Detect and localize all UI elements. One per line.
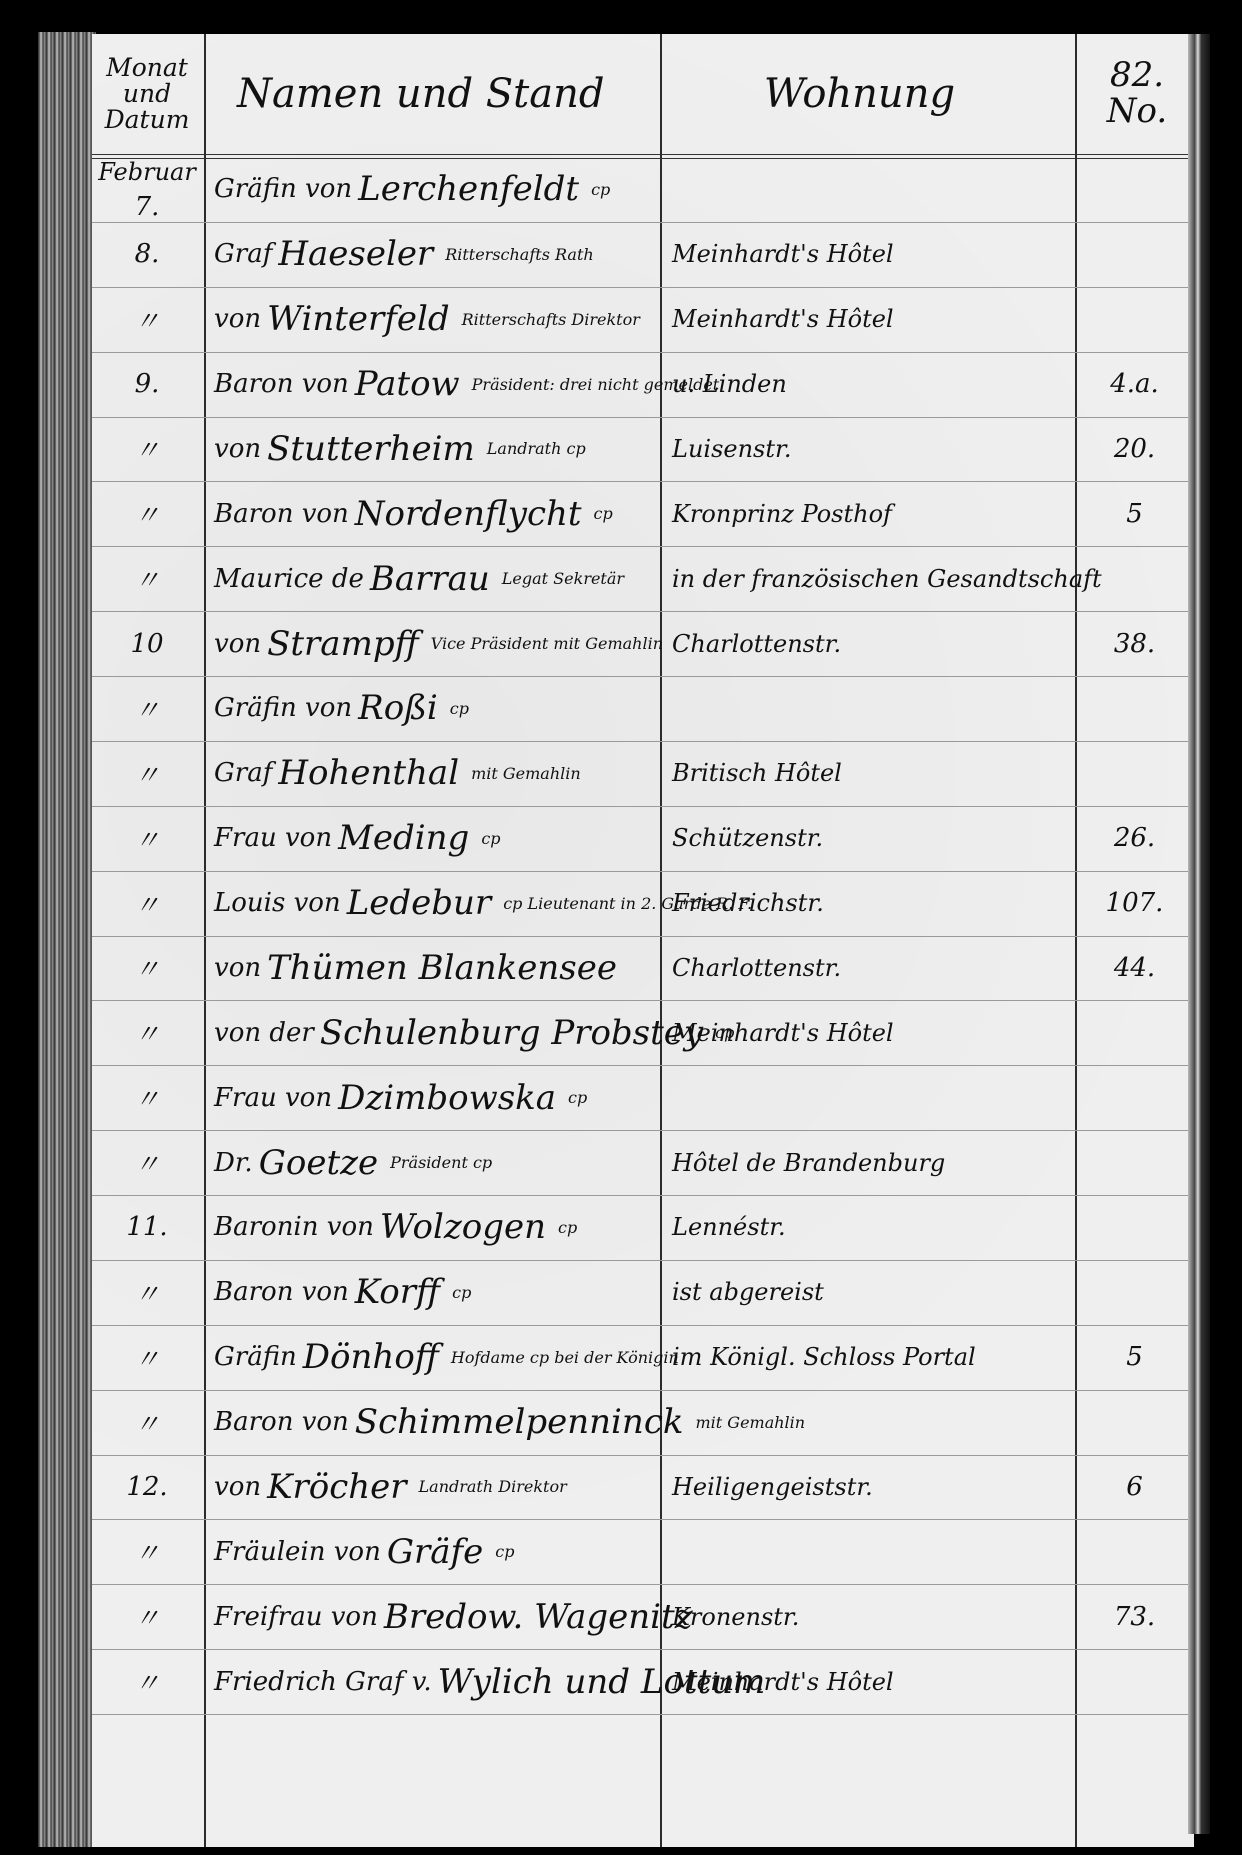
entry-surname: Patow (355, 364, 460, 404)
entry-name: Maurice deBarrauLegat Sekretär (204, 546, 664, 611)
entry-date: 9. (92, 352, 202, 417)
entry-date: 〃 (92, 1065, 202, 1130)
entry-surname: Wolzogen (380, 1207, 546, 1247)
register-row: 〃Friedrich Graf v.Wylich und LottumMeinh… (92, 1649, 1194, 1715)
entry-house-number (1077, 1390, 1192, 1455)
entry-address: Charlottenstr. (662, 611, 1082, 676)
entry-surname: Strampff (267, 624, 419, 664)
register-row: 〃Frau vonDzimbowskacp (92, 1065, 1194, 1131)
register-row: 〃Fräulein vonGräfecp (92, 1519, 1194, 1585)
header-date-line1: Monat (106, 55, 188, 81)
entry-name: vonWinterfeldRitterschafts Direktor (204, 287, 664, 352)
entry-name: Freifrau vonBredow. Wagenitz (204, 1584, 664, 1649)
entry-date: 10 (92, 611, 202, 676)
entry-house-number: 5 (1077, 481, 1192, 546)
register-row: 8.GrafHaeselerRitterschafts RathMeinhard… (92, 222, 1194, 288)
entry-name-prefix: Gräfin von (214, 693, 352, 723)
entry-note: cp (568, 1088, 587, 1107)
entry-surname: Hohenthal (278, 753, 459, 793)
entry-date: 7. (92, 157, 202, 222)
entry-surname: Goetze (259, 1143, 378, 1183)
entry-house-number (1077, 1000, 1192, 1065)
entry-address: im Königl. Schloss Portal (662, 1325, 1082, 1390)
entry-surname: Stutterheim (267, 429, 475, 469)
entry-name: Baron vonKorffcp (204, 1260, 664, 1325)
entry-address: Hôtel de Brandenburg (662, 1130, 1082, 1195)
entry-note: Vice Präsident mit Gemahlin (431, 634, 663, 653)
register-page: Monat und Datum Namen und Stand Wohnung … (92, 34, 1194, 1847)
entry-name-prefix: von (214, 304, 261, 334)
entry-address: Kronenstr. (662, 1584, 1082, 1649)
entry-date: 8. (92, 222, 202, 287)
entry-name: Dr.GoetzePräsident cp (204, 1130, 664, 1195)
register-row: 9.Baron vonPatowPräsident: drei nicht ge… (92, 352, 1194, 418)
header-number: 82. No. (1082, 34, 1192, 154)
entry-surname: Roßi (358, 688, 438, 728)
entry-name-prefix: Graf (214, 239, 272, 269)
entry-address (662, 1390, 1082, 1455)
entry-house-number: 107. (1077, 871, 1192, 936)
scan-border (0, 1847, 1242, 1855)
entry-name-prefix: von (214, 953, 261, 983)
entry-name: Louis vonLedeburcp Lieutenant in 2. Gard… (204, 871, 664, 936)
register-row: 〃vonWinterfeldRitterschafts DirektorMein… (92, 287, 1194, 353)
entry-name: Baron vonSchimmelpenninckmit Gemahlin (204, 1390, 664, 1455)
entry-date: 〃 (92, 676, 202, 741)
entry-surname: Schimmelpenninck (355, 1402, 684, 1442)
entry-name: von derSchulenburg Probsteycp (204, 1000, 664, 1065)
register-row: 〃vonThümen BlankenseeCharlottenstr.44. (92, 936, 1194, 1002)
entry-date: 〃 (92, 481, 202, 546)
header-address: Wohnung (657, 34, 1062, 154)
entry-house-number: 38. (1077, 611, 1192, 676)
entry-surname: Kröcher (267, 1467, 406, 1507)
entry-house-number: 73. (1077, 1584, 1192, 1649)
entry-address: Meinhardt's Hôtel (662, 222, 1082, 287)
entry-note: cp (495, 1542, 514, 1561)
entry-note: Hofdame cp bei der Königin (451, 1348, 679, 1367)
entry-name-prefix: Frau von (214, 823, 332, 853)
register-row: 12.vonKröcherLandrath DirektorHeiligenge… (92, 1455, 1194, 1521)
entry-note: Legat Sekretär (502, 569, 624, 588)
entry-name: Gräfin vonRoßicp (204, 676, 664, 741)
entry-surname: Gräfe (387, 1532, 483, 1572)
entry-name-prefix: von (214, 1472, 261, 1502)
entry-name: Frau vonDzimbowskacp (204, 1065, 664, 1130)
entry-note: cp (558, 1218, 577, 1237)
entry-name-prefix: Fräulein von (214, 1537, 381, 1567)
entry-name-prefix: Baronin von (214, 1212, 374, 1242)
entry-date: 〃 (92, 741, 202, 806)
entry-house-number: 20. (1077, 417, 1192, 482)
entry-house-number (1077, 1065, 1192, 1130)
register-row: 11.Baronin vonWolzogencpLennéstr. (92, 1195, 1194, 1261)
entry-note: Landrath Direktor (419, 1477, 567, 1496)
entry-date: 12. (92, 1455, 202, 1520)
entry-date: 〃 (92, 417, 202, 482)
entry-name: Fräulein vonGräfecp (204, 1519, 664, 1584)
entry-house-number (1077, 1260, 1192, 1325)
entry-date: 〃 (92, 1519, 202, 1584)
entry-house-number (1077, 676, 1192, 741)
entry-house-number (1077, 157, 1192, 222)
register-row: 〃GräfinDönhoffHofdame cp bei der Königin… (92, 1325, 1194, 1391)
entry-name-prefix: Louis von (214, 888, 341, 918)
header-date: Monat und Datum (92, 34, 202, 154)
entry-note: cp (450, 699, 469, 718)
entry-name: vonThümen Blankensee (204, 936, 664, 1001)
entry-address: Friedrichstr. (662, 871, 1082, 936)
entry-date: 〃 (92, 287, 202, 352)
entry-address: Schützenstr. (662, 806, 1082, 871)
entry-name: GräfinDönhoffHofdame cp bei der Königin (204, 1325, 664, 1390)
header-date-line3: Datum (105, 107, 190, 133)
entry-surname: Schulenburg Probstey (320, 1013, 703, 1053)
entry-house-number (1077, 1649, 1192, 1714)
entry-note: Landrath cp (487, 439, 586, 458)
entry-surname: Korff (355, 1272, 440, 1312)
entry-address (662, 157, 1082, 222)
entry-house-number: 26. (1077, 806, 1192, 871)
entry-house-number: 5 (1077, 1325, 1192, 1390)
entry-name-prefix: Maurice de (214, 564, 364, 594)
entry-date: 11. (92, 1195, 202, 1260)
entry-name-prefix: Graf (214, 758, 272, 788)
entry-house-number (1077, 546, 1192, 611)
entry-house-number (1077, 1519, 1192, 1584)
register-row: 〃GrafHohenthalmit GemahlinBritisch Hôtel (92, 741, 1194, 807)
entry-surname: Haeseler (278, 234, 433, 274)
entry-name-prefix: Frau von (214, 1083, 332, 1113)
entry-date: 〃 (92, 871, 202, 936)
entry-surname: Winterfeld (267, 299, 450, 339)
register-row: 〃Freifrau vonBredow. WagenitzKronenstr.7… (92, 1584, 1194, 1650)
entry-surname: Bredow. Wagenitz (384, 1597, 693, 1637)
entry-name-prefix: von (214, 629, 261, 659)
entry-house-number (1077, 741, 1192, 806)
entry-date: 〃 (92, 1325, 202, 1390)
entry-surname: Ledebur (347, 883, 492, 923)
entry-house-number (1077, 1130, 1192, 1195)
register-row: 10vonStrampffVice Präsident mit Gemahlin… (92, 611, 1194, 677)
entry-name-prefix: Gräfin von (214, 174, 352, 204)
entry-surname: Lerchenfeldt (358, 169, 579, 209)
entry-name: vonKröcherLandrath Direktor (204, 1455, 664, 1520)
book-page-edges (38, 32, 96, 1848)
entry-note: Ritterschafts Direktor (462, 310, 640, 329)
entry-date: 〃 (92, 1130, 202, 1195)
entry-name-prefix: Baron von (214, 1277, 349, 1307)
entry-surname: Thümen Blankensee (267, 948, 617, 988)
entry-name: vonStrampffVice Präsident mit Gemahlin (204, 611, 664, 676)
entry-name-prefix: Dr. (214, 1148, 253, 1178)
entry-surname: Meding (338, 818, 469, 858)
entry-note: cp (591, 180, 610, 199)
entry-address: Charlottenstr. (662, 936, 1082, 1001)
entry-note: cp (481, 829, 500, 848)
entry-address (662, 1065, 1082, 1130)
entry-address: in der französischen Gesandtschaft (662, 546, 1082, 611)
register-row: 〃Dr.GoetzePräsident cpHôtel de Brandenbu… (92, 1130, 1194, 1196)
entry-address: Meinhardt's Hôtel (662, 1000, 1082, 1065)
entry-note: cp (594, 504, 613, 523)
entry-name: vonStutterheimLandrath cp (204, 417, 664, 482)
entry-house-number (1077, 287, 1192, 352)
register-row: 〃Frau vonMedingcpSchützenstr.26. (92, 806, 1194, 872)
entry-date: 〃 (92, 806, 202, 871)
entry-name-prefix: Baron von (214, 1407, 349, 1437)
entry-date: 〃 (92, 936, 202, 1001)
entry-house-number: 4.a. (1077, 352, 1192, 417)
header-number-label: No. (1107, 94, 1167, 130)
page-right-edge (1188, 34, 1210, 1834)
entry-address: Luisenstr. (662, 417, 1082, 482)
entry-date: 〃 (92, 1000, 202, 1065)
entry-address: Meinhardt's Hôtel (662, 287, 1082, 352)
page-number: 82. (1110, 58, 1164, 94)
entry-name-prefix: von (214, 434, 261, 464)
entry-note: mit Gemahlin (471, 764, 581, 783)
entry-house-number (1077, 1195, 1192, 1260)
entry-address (662, 1519, 1082, 1584)
register-row: 7.Gräfin vonLerchenfeldtcp (92, 157, 1194, 223)
register-row: 〃vonStutterheimLandrath cpLuisenstr.20. (92, 417, 1194, 483)
entry-date: 〃 (92, 1260, 202, 1325)
entry-name-prefix: Baron von (214, 369, 349, 399)
entry-address: ist abgereist (662, 1260, 1082, 1325)
register-row: 〃Baron vonNordenflychtcpKronprinz Postho… (92, 481, 1194, 547)
header-date-line2: und (123, 81, 171, 107)
entry-name: Baronin vonWolzogencp (204, 1195, 664, 1260)
entry-address: Lennéstr. (662, 1195, 1082, 1260)
entry-note: Präsident cp (390, 1153, 492, 1172)
entry-name: Friedrich Graf v.Wylich und Lottum (204, 1649, 664, 1714)
entry-address: Britisch Hôtel (662, 741, 1082, 806)
register-row: 〃von derSchulenburg ProbsteycpMeinhardt'… (92, 1000, 1194, 1066)
entry-date: 〃 (92, 1390, 202, 1455)
entry-address: Heiligengeiststr. (662, 1455, 1082, 1520)
entry-name-prefix: Gräfin (214, 1342, 297, 1372)
register-row: 〃Baron vonSchimmelpenninckmit Gemahlin (92, 1390, 1194, 1456)
register-row: 〃Gräfin vonRoßicp (92, 676, 1194, 742)
entry-name: GrafHaeselerRitterschafts Rath (204, 222, 664, 287)
entry-name: GrafHohenthalmit Gemahlin (204, 741, 664, 806)
entry-name-prefix: Friedrich Graf v. (214, 1667, 432, 1697)
register-row: 〃Baron vonKorffcpist abgereist (92, 1260, 1194, 1326)
register-row: 〃Louis vonLedeburcp Lieutenant in 2. Gar… (92, 871, 1194, 937)
register-row: 〃Maurice deBarrauLegat Sekretärin der fr… (92, 546, 1194, 612)
entry-name-prefix: von der (214, 1018, 314, 1048)
entry-house-number (1077, 222, 1192, 287)
entry-surname: Dönhoff (303, 1337, 439, 1377)
entry-date: 〃 (92, 1649, 202, 1714)
entry-name: Baron vonNordenflychtcp (204, 481, 664, 546)
entry-address: Kronprinz Posthof (662, 481, 1082, 546)
entry-house-number: 44. (1077, 936, 1192, 1001)
entry-name-prefix: Freifrau von (214, 1602, 378, 1632)
entry-date: 〃 (92, 546, 202, 611)
entry-address: u. Linden (662, 352, 1082, 417)
entry-address: Meinhardt's Hôtel (662, 1649, 1082, 1714)
entry-address (662, 676, 1082, 741)
entry-date: 〃 (92, 1584, 202, 1649)
entry-surname: Barrau (370, 559, 490, 599)
entry-name: Gräfin vonLerchenfeldtcp (204, 157, 664, 222)
entry-note: cp (452, 1283, 471, 1302)
entry-note: Ritterschafts Rath (445, 245, 594, 264)
entry-surname: Nordenflycht (355, 494, 582, 534)
entry-name: Frau vonMedingcp (204, 806, 664, 871)
entry-name-prefix: Baron von (214, 499, 349, 529)
entry-surname: Dzimbowska (338, 1078, 556, 1118)
entry-name: Baron vonPatowPräsident: drei nicht geme… (204, 352, 664, 417)
entry-house-number: 6 (1077, 1455, 1192, 1520)
